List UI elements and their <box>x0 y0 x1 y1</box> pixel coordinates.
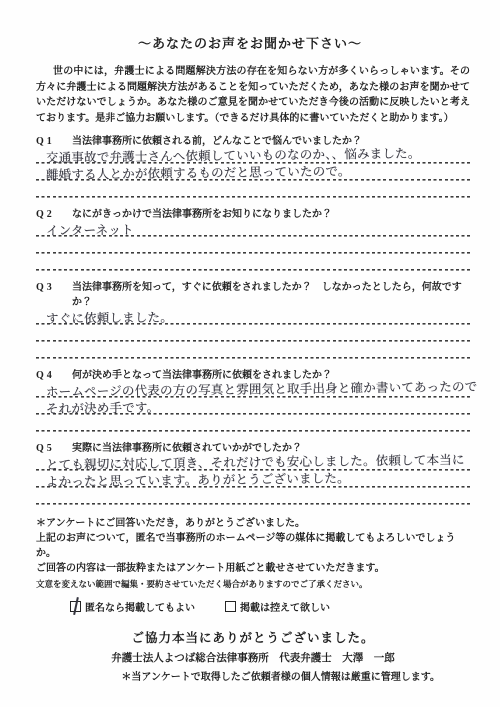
handwritten-answer: ホームページの代表の方の写真と雰囲気と取手出身と確か書いてあったので <box>46 380 478 399</box>
consent-options: 匿名なら掲載してもよい 掲載は控えて欲しい <box>70 599 470 614</box>
publish-note-small: 文意を変えない範囲で編集・要約させていただく場合がありますのでご了承ください。 <box>36 578 470 591</box>
answer-line: インターネット <box>36 222 470 239</box>
question-2-header: Q2 なにがきっかけで当法律事務所をお知りになりましたか？ <box>36 207 470 222</box>
question-number: Q1 <box>36 134 72 149</box>
decline-checkbox <box>225 601 236 612</box>
publish-request-line-2: ご回答の内容は一部抜粋またはアンケート用紙ごと載せさせていただきます。 <box>36 561 470 576</box>
question-4: Q4 何が決め手となって当法律事務所に依頼をされましたか？ ホームページの代表の… <box>36 368 470 434</box>
question-number: Q5 <box>36 441 72 456</box>
anonymous-checkbox-label: 匿名なら掲載してもよい <box>85 599 195 614</box>
closing-message: ご協力本当にありがとうございました。 <box>36 628 470 646</box>
handwritten-answer: すぐに依頼しました。 <box>46 310 173 326</box>
answer-line: 交通事故で弁護士さんへ依頼していいものなのか、、悩みました。 <box>36 149 470 166</box>
answer-line: ホームページの代表の方の写真と雰囲気と取手出身と確か書いてあったので <box>36 383 470 400</box>
handwritten-answer: インターネット <box>46 223 134 238</box>
answer-line <box>36 183 470 200</box>
answer-line: それが決め手です。 <box>36 400 470 417</box>
handwritten-answer: よかったと思っています。ありがとうございました。 <box>46 471 350 489</box>
answer-line: 離婚する人とかが依頼するものだと思っていたので。 <box>36 166 470 183</box>
question-number: Q2 <box>36 207 72 222</box>
question-1: Q1 当法律事務所に依頼される前，どんなことで悩んでいましたか？ 交通事故で弁護… <box>36 134 470 200</box>
answer-line <box>36 327 470 344</box>
consent-option-decline: 掲載は控えて欲しい <box>225 599 330 614</box>
answer-line: よかったと思っています。ありがとうございました。 <box>36 473 470 490</box>
answer-line <box>36 256 470 273</box>
question-5: Q5 実際に当法律事務所に依頼されていかがでしたか？ とても親切に対応して頂き、… <box>36 441 470 507</box>
question-3: Q3 当法律事務所を知って，すぐに依頼をされましたか？ しなかったとしたら，何故… <box>36 280 470 361</box>
decline-checkbox-label: 掲載は控えて欲しい <box>240 599 330 614</box>
handwritten-answer: それが決め手です。 <box>46 401 159 416</box>
consent-option-anonymous: 匿名なら掲載してもよい <box>70 599 195 614</box>
handwritten-answer: とても親切に対応して頂き、それだけでも安心しました。依頼して本当に <box>46 453 465 472</box>
question-number: Q4 <box>36 368 72 383</box>
answer-line <box>36 344 470 361</box>
privacy-note: ＊当アンケートで取得したご依頼者様の個人情報は厳重に管理します。 <box>36 668 440 683</box>
question-number: Q3 <box>36 280 72 310</box>
answer-line: とても親切に対応して頂き、それだけでも安心しました。依頼して本当に <box>36 456 470 473</box>
question-label: なにがきっかけで当法律事務所をお知りになりましたか？ <box>72 207 470 222</box>
intro-paragraph: 世の中には，弁護士による問題解決方法の存在を知らない方が多くいらっしゃいます。そ… <box>36 64 470 126</box>
survey-sheet: ～あなたのお声をお聞かせ下さい～ 世の中には，弁護士による問題解決方法の存在を知… <box>0 0 500 707</box>
question-label: 当法律事務所を知って，すぐに依頼をされましたか？ しなかったとしたら，何故ですか… <box>72 280 470 310</box>
answer-line <box>36 490 470 507</box>
anonymous-checkbox <box>70 601 81 612</box>
page-title: ～あなたのお声をお聞かせ下さい～ <box>0 0 500 52</box>
answer-line <box>36 239 470 256</box>
publish-request-line-1: 上記のお声について，匿名で当事務所のホームページ等の媒体に掲載してもよろしいでし… <box>36 531 470 561</box>
answer-line: すぐに依頼しました。 <box>36 310 470 327</box>
footer-section: ＊アンケートにご回答いただき，ありがとうございました。 上記のお声について，匿名… <box>36 516 470 683</box>
firm-signature: 弁護士法人よつば総合法律事務所 代表弁護士 大澤 一郎 <box>36 650 470 665</box>
questions-section: Q1 当法律事務所に依頼される前，どんなことで悩んでいましたか？ 交通事故で弁護… <box>36 134 470 507</box>
thanks-note: ＊アンケートにご回答いただき，ありがとうございました。 <box>36 516 470 531</box>
question-3-header: Q3 当法律事務所を知って，すぐに依頼をされましたか？ しなかったとしたら，何故… <box>36 280 470 310</box>
handwritten-answer: 交通事故で弁護士さんへ依頼していいものなのか、、悩みました。 <box>46 146 421 165</box>
question-2: Q2 なにがきっかけで当法律事務所をお知りになりましたか？ インターネット <box>36 207 470 273</box>
answer-line <box>36 417 470 434</box>
handwritten-answer: 離婚する人とかが依頼するものだと思っていたので。 <box>46 164 351 182</box>
